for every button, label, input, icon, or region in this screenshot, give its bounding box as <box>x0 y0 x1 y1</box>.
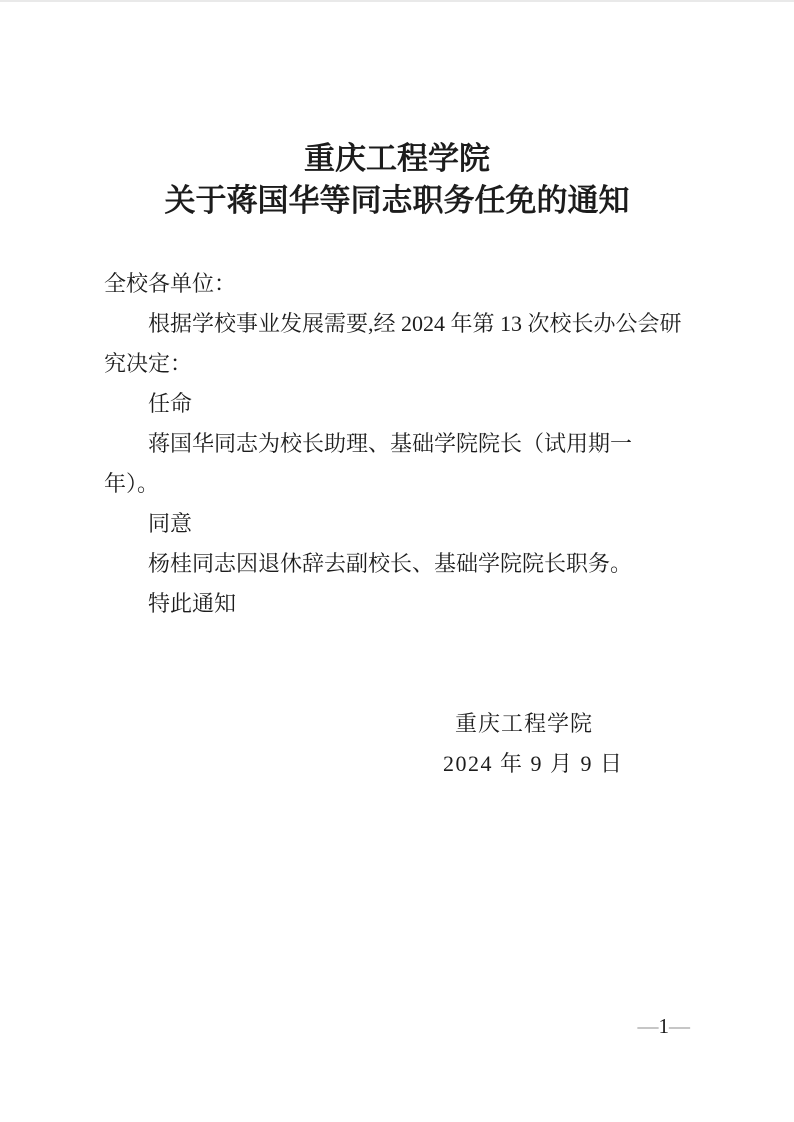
body-line-basis: 根据学校事业发展需要,经 2024 年第 13 次校长办公会研 <box>104 304 684 344</box>
body-line-appoint-heading: 任命 <box>104 384 684 424</box>
body-line-basis-wrap: 究决定： <box>104 344 684 384</box>
page-number-value: 1 <box>659 1014 670 1038</box>
document-body: 全校各单位： 根据学校事业发展需要,经 2024 年第 13 次校长办公会研 究… <box>0 264 794 624</box>
document-title: 重庆工程学院 关于蒋国华等同志职务任免的通知 <box>0 2 794 222</box>
page-number: —1— <box>638 1014 691 1038</box>
title-subject: 关于蒋国华等同志职务任免的通知 <box>0 180 794 222</box>
page-number-dash-left: — <box>638 1014 659 1038</box>
body-line-closing: 特此通知 <box>104 584 684 624</box>
signature-date: 2024 年 9 月 9 日 <box>443 744 624 784</box>
signature-org: 重庆工程学院 <box>455 704 593 744</box>
document-page: 重庆工程学院 关于蒋国华等同志职务任免的通知 全校各单位： 根据学校事业发展需要… <box>0 0 794 1122</box>
page-number-dash-right: — <box>669 1014 690 1038</box>
body-line-approve-heading: 同意 <box>104 504 684 544</box>
body-line-resignation: 杨桂同志因退休辞去副校长、基础学院院长职务。 <box>104 544 684 584</box>
title-org-name: 重庆工程学院 <box>0 138 794 180</box>
body-line-appointment: 蒋国华同志为校长助理、基础学院院长（试用期一年）。 <box>104 424 684 504</box>
salutation: 全校各单位： <box>104 264 684 304</box>
